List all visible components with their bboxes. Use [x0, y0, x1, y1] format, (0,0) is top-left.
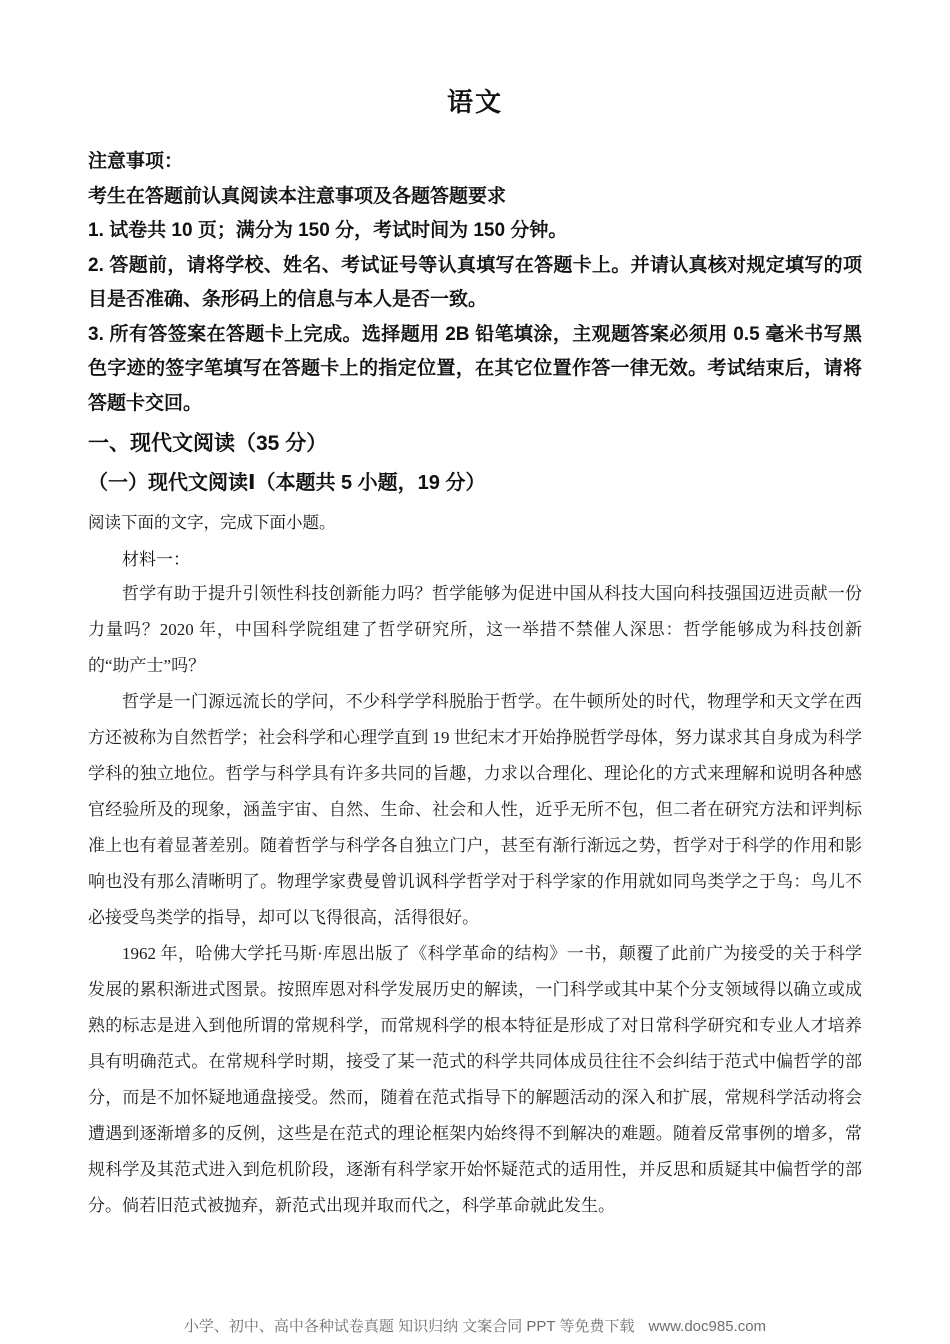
footer-site-url[interactable]: www.doc985.com [649, 1318, 767, 1335]
material-one-label: 材料一： [88, 546, 862, 574]
notice-subheading: 考生在答题前认真阅读本注意事项及各题答题要求 [88, 180, 862, 215]
passage-paragraph-2: 哲学是一门源远流长的学问，不少科学学科脱胎于哲学。在牛顿所处的时代，物理学和天文… [88, 684, 862, 936]
reading-passage: 哲学有助于提升引领性科技创新能力吗？哲学能够为促进中国从科技大国向科技强国迈进贡… [88, 576, 862, 1224]
exam-document-page: 语文 注意事项： 考生在答题前认真阅读本注意事项及各题答题要求 1. 试卷共 1… [0, 0, 950, 1344]
reading-instruction: 阅读下面的文字，完成下面小题。 [88, 511, 862, 535]
footer-promo-text: 小学、初中、高中各种试卷真题 知识归纳 文案合同 PPT 等免费下载 [184, 1318, 635, 1335]
notice-item-3: 3. 所有答签案在答题卡上完成。选择题用 2B 铅笔填涂，主观题答案必须用 0.… [88, 318, 862, 422]
passage-paragraph-1: 哲学有助于提升引领性科技创新能力吗？哲学能够为促进中国从科技大国向科技强国迈进贡… [88, 576, 862, 684]
notice-item-2: 2. 答题前，请将学校、姓名、考试证号等认真填写在答题卡上。并请认真核对规定填写… [88, 249, 862, 318]
notice-section: 注意事项： 考生在答题前认真阅读本注意事项及各题答题要求 1. 试卷共 10 页… [88, 145, 862, 421]
subsection-heading-reading-one: （一）现代文阅读Ⅰ（本题共 5 小题，19 分） [88, 468, 862, 498]
section-heading-modern-reading: 一、现代文阅读（35 分） [88, 429, 862, 459]
notice-item-1: 1. 试卷共 10 页；满分为 150 分，考试时间为 150 分钟。 [88, 214, 862, 249]
footer: 小学、初中、高中各种试卷真题 知识归纳 文案合同 PPT 等免费下载www.do… [0, 1317, 950, 1337]
passage-paragraph-3: 1962 年，哈佛大学托马斯·库恩出版了《科学革命的结构》一书，颠覆了此前广为接… [88, 936, 862, 1224]
notice-heading: 注意事项： [88, 145, 862, 180]
page-title: 语文 [88, 82, 862, 119]
